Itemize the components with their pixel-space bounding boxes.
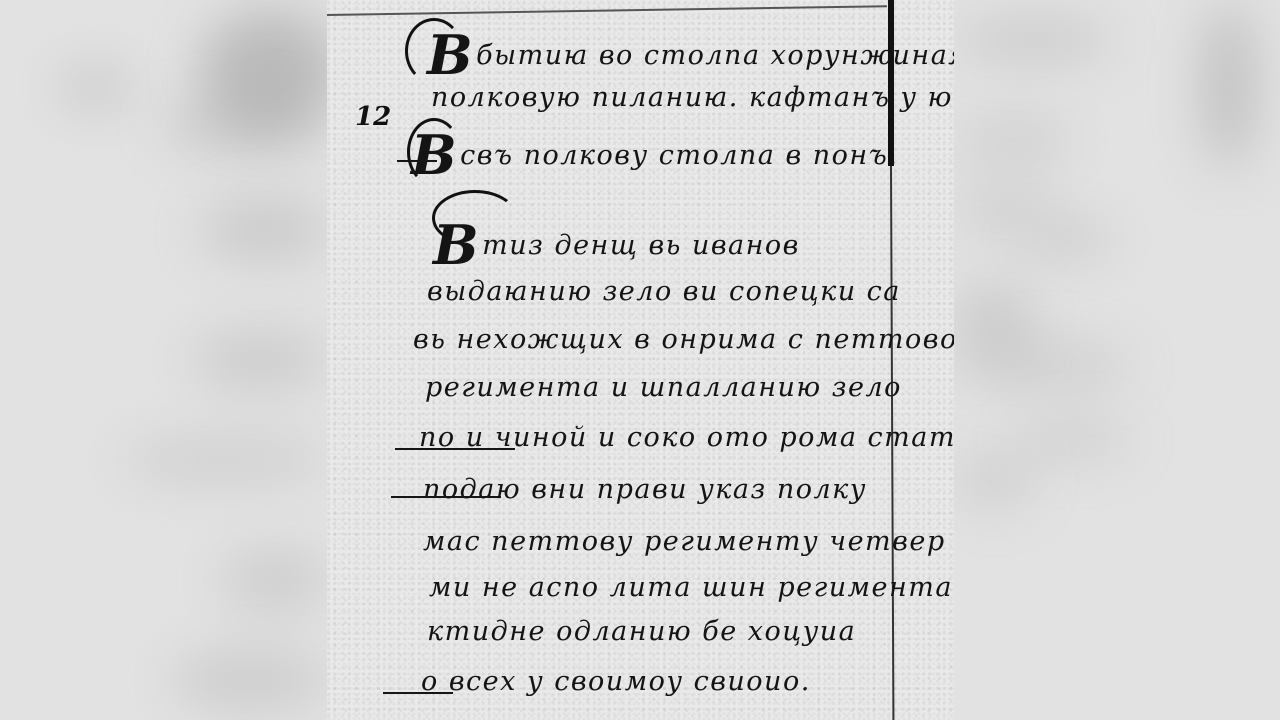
manuscript-line-3: Всвъ полкову столпа в понъ. bbox=[411, 128, 898, 182]
blurred-right-fill bbox=[954, 0, 1280, 720]
line-text: свъ полкову столпа в понъ. bbox=[460, 140, 898, 171]
video-frame: 12 Вбытиꙗ во столпа хорунжиная доста сук… bbox=[0, 0, 1280, 720]
line-text: полковую пиланиꙗ. кафтанъ у ю bbox=[431, 82, 953, 113]
line-text: подаю вни прави указ полку bbox=[423, 474, 867, 505]
line-text: ми не аспо лита шин регимента bbox=[429, 572, 953, 603]
manuscript-line-8: по и чиной и соко ото рома стату bbox=[419, 424, 954, 451]
initial-letter: В bbox=[427, 23, 474, 87]
line-text: о всех у своимоу свиоио. bbox=[421, 666, 811, 697]
page-top-edge bbox=[327, 5, 887, 16]
manuscript-line-6: вь нехожщих в онрима с петтово bbox=[413, 326, 954, 353]
manuscript-line-2: полковую пиланиꙗ. кафтанъ у ю bbox=[431, 84, 953, 111]
line-text: бытиꙗ во столпа хорунжиная доста сукенъ bbox=[476, 40, 954, 71]
manuscript-line-10: мас петтову регименту четвер bbox=[423, 528, 946, 555]
line-text: ктидне одланию бе хоцуиа bbox=[427, 616, 856, 647]
manuscript-line-5: выдаꙗнию зело ви сопецки са bbox=[427, 278, 901, 305]
manuscript-line-7: регимента и шпалланию зело bbox=[425, 374, 902, 401]
manuscript-line-1: Вбытиꙗ во столпа хорунжиная доста сукенъ bbox=[427, 28, 954, 82]
manuscript-line-4: Втиз денщ вь иванов bbox=[433, 218, 800, 272]
margin-number: 12 bbox=[355, 102, 391, 132]
initial-letter: В bbox=[411, 123, 458, 187]
blurred-left-fill bbox=[0, 0, 327, 720]
ink-stroke bbox=[395, 448, 515, 450]
line-text: регимента и шпалланию зело bbox=[425, 372, 902, 403]
ink-stroke bbox=[383, 692, 453, 694]
line-text: вь нехожщих в онрима с петтово bbox=[413, 324, 954, 355]
ink-stroke bbox=[397, 160, 437, 162]
manuscript-line-12: ктидне одланию бе хоцуиа bbox=[427, 618, 856, 645]
manuscript-line-9: подаю вни прави указ полку bbox=[423, 476, 867, 503]
manuscript-line-11: ми не аспо лита шин регимента bbox=[429, 574, 953, 601]
manuscript-page: 12 Вбытиꙗ во столпа хорунжиная доста сук… bbox=[327, 0, 954, 720]
line-text: мас петтову регименту четвер bbox=[423, 526, 946, 557]
line-text: выдаꙗнию зело ви сопецки са bbox=[427, 276, 901, 307]
initial-letter: В bbox=[433, 213, 480, 277]
line-text: тиз денщ вь иванов bbox=[482, 230, 800, 261]
ink-stroke bbox=[391, 496, 501, 498]
manuscript-line-13: о всех у своимоу свиоио. bbox=[421, 668, 811, 695]
